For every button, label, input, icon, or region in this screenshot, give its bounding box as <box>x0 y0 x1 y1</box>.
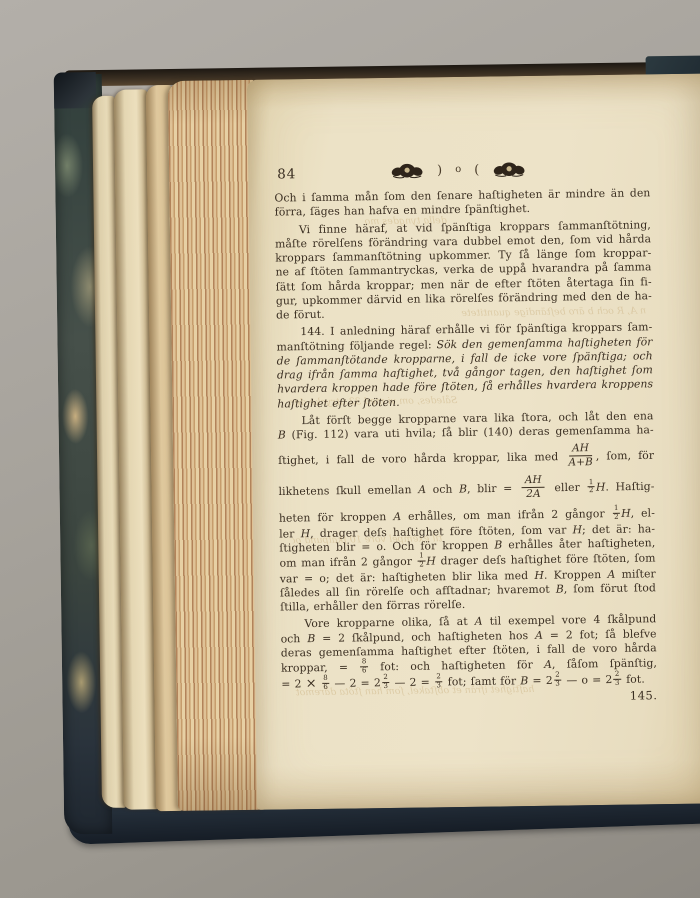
text-segment: och <box>426 483 459 496</box>
text-segment: likhetens ſkull emellan <box>278 483 418 498</box>
text-segment: H <box>534 568 544 581</box>
header-mark-center: o <box>455 163 461 174</box>
text-segment: H <box>572 523 582 536</box>
text-segment: fot; ſamt för <box>443 675 520 689</box>
text-segment: miſter <box>615 567 656 581</box>
paragraph: Vi finne häraf, at vid ſpänſtiga kroppar… <box>275 218 652 323</box>
fraction: 23 <box>554 672 562 688</box>
text-segment: ſtilla, erhåller den förras rörelſe. <box>280 598 465 614</box>
text-segment: til exempel vore 4 ſkålpund <box>483 613 657 628</box>
text-segment: fot. <box>622 673 645 686</box>
page-number: 84 <box>277 166 296 182</box>
fleuron-ornament-icon <box>390 162 424 178</box>
book: della tyngdes mo n A, R och b äro beſtän… <box>50 55 700 842</box>
text-segment: eller <box>548 481 587 495</box>
fraction: 86 <box>322 675 330 691</box>
text-segment: B <box>494 538 502 551</box>
fraction: 23 <box>613 671 621 687</box>
text-segment: A <box>607 567 615 580</box>
text-segment: A <box>544 658 552 671</box>
paragraph: 144. I anledning häraf erhålle vi för ſp… <box>276 321 653 412</box>
text-segment: B <box>459 483 467 496</box>
fraction: 23 <box>382 674 390 690</box>
header-ornament-row: ) o ( <box>390 161 526 179</box>
text-segment: , blir = <box>467 482 519 496</box>
page-text-lines: Och i ſamma mån ſom den ſenare haſtighet… <box>274 186 657 696</box>
fraction: 12 <box>418 553 426 569</box>
text-segment: , ſåſom ſpänſtig, <box>552 656 657 670</box>
text-segment: , ſom, för <box>596 449 654 463</box>
text-segment: ſåledes all ſin rörelſe och afſtadnar; h… <box>280 582 556 599</box>
fraction: 12 <box>587 479 595 495</box>
fleuron-ornament-icon <box>492 161 526 177</box>
text-segment: erhålles åter haſtigheten, <box>502 536 655 551</box>
text-segment: kroppar, = <box>281 661 360 675</box>
text-segment <box>317 678 321 691</box>
text-segment: ſtigheten blir = o. Och för kroppen <box>279 538 494 554</box>
text-segment: . Haſtig- <box>605 480 654 494</box>
text-segment: och <box>281 632 308 645</box>
text-segment: drager deſs haſtighet före ſtöten, ſom <box>436 552 656 568</box>
text-segment: . Kroppen <box>544 567 608 581</box>
text-segment: H <box>426 555 436 568</box>
text-segment: — 2 = <box>390 676 434 690</box>
text-segment: = 2 ſkålpund, och haſtigheten hos <box>315 629 535 645</box>
text-segment: Vore kropparne olika, ſå at <box>304 615 474 630</box>
text-segment: = 2 <box>528 674 553 687</box>
text-segment: om man ifrån 2 gångor <box>279 555 416 570</box>
text-segment: manſtötning följande regel: <box>276 338 436 353</box>
fraction: 12 <box>612 505 620 521</box>
paragraph: Låt förſt begge kropparne vara lika ſtor… <box>278 409 657 615</box>
text-segment: × <box>306 677 317 692</box>
text-segment: A <box>418 483 426 496</box>
text-line: likhetens ſkull emellan A och B, blir = … <box>278 475 654 505</box>
text-line: ſtighet, i fall de voro hårda kroppar, l… <box>278 444 654 474</box>
text-segment: B <box>307 632 315 645</box>
text-segment: B <box>556 582 564 595</box>
fraction: 86 <box>360 658 368 674</box>
text-segment: de förut. <box>276 308 325 322</box>
text-segment: ſtighet, i fall de voro hårda kroppar, l… <box>278 450 565 467</box>
text-segment: H <box>301 527 311 540</box>
text-segment: ler <box>279 527 301 540</box>
text-segment: B <box>278 428 286 441</box>
text-segment: H <box>596 481 606 494</box>
text-segment: = 2 fot; ſå blefve <box>543 627 657 642</box>
text-segment: H <box>621 507 631 520</box>
paragraph: Vore kropparne olika, ſå at A til exempe… <box>280 613 657 694</box>
text-segment: , ſom förut ſtod <box>564 581 656 595</box>
text-segment: förra, ſäges han hafva en mindre ſpänſti… <box>275 202 531 219</box>
header-mark-open: ( <box>474 162 479 177</box>
marbled-cover-corner <box>54 72 96 109</box>
text-segment: — o = 2 <box>562 673 612 687</box>
photo-background: { "photo": { "background_color": "#a7a39… <box>0 0 700 898</box>
fraction: AHA+B <box>568 443 593 468</box>
text-segment: , el- <box>631 507 655 520</box>
text-segment: fot: och haſtigheten för <box>369 658 544 673</box>
text-segment: heten för kroppen <box>279 510 394 525</box>
paragraph: Och i ſamma mån ſom den ſenare haſtighet… <box>274 186 650 220</box>
fraction: AH2A <box>522 475 545 500</box>
fraction: 23 <box>435 674 443 690</box>
text-segment: — 2 = 2 <box>330 677 381 691</box>
header-mark-close: ) <box>437 163 442 178</box>
text-segment: haſtighet efter ſtöten. <box>277 395 400 410</box>
text-segment: Sök den gemenſamma haſtigheten för <box>436 335 652 351</box>
text-segment: ; det är: ha- <box>582 522 655 536</box>
text-segment: erhålles, om man ifrån 2 gångor <box>401 507 612 523</box>
text-segment: = 2 <box>281 678 306 691</box>
